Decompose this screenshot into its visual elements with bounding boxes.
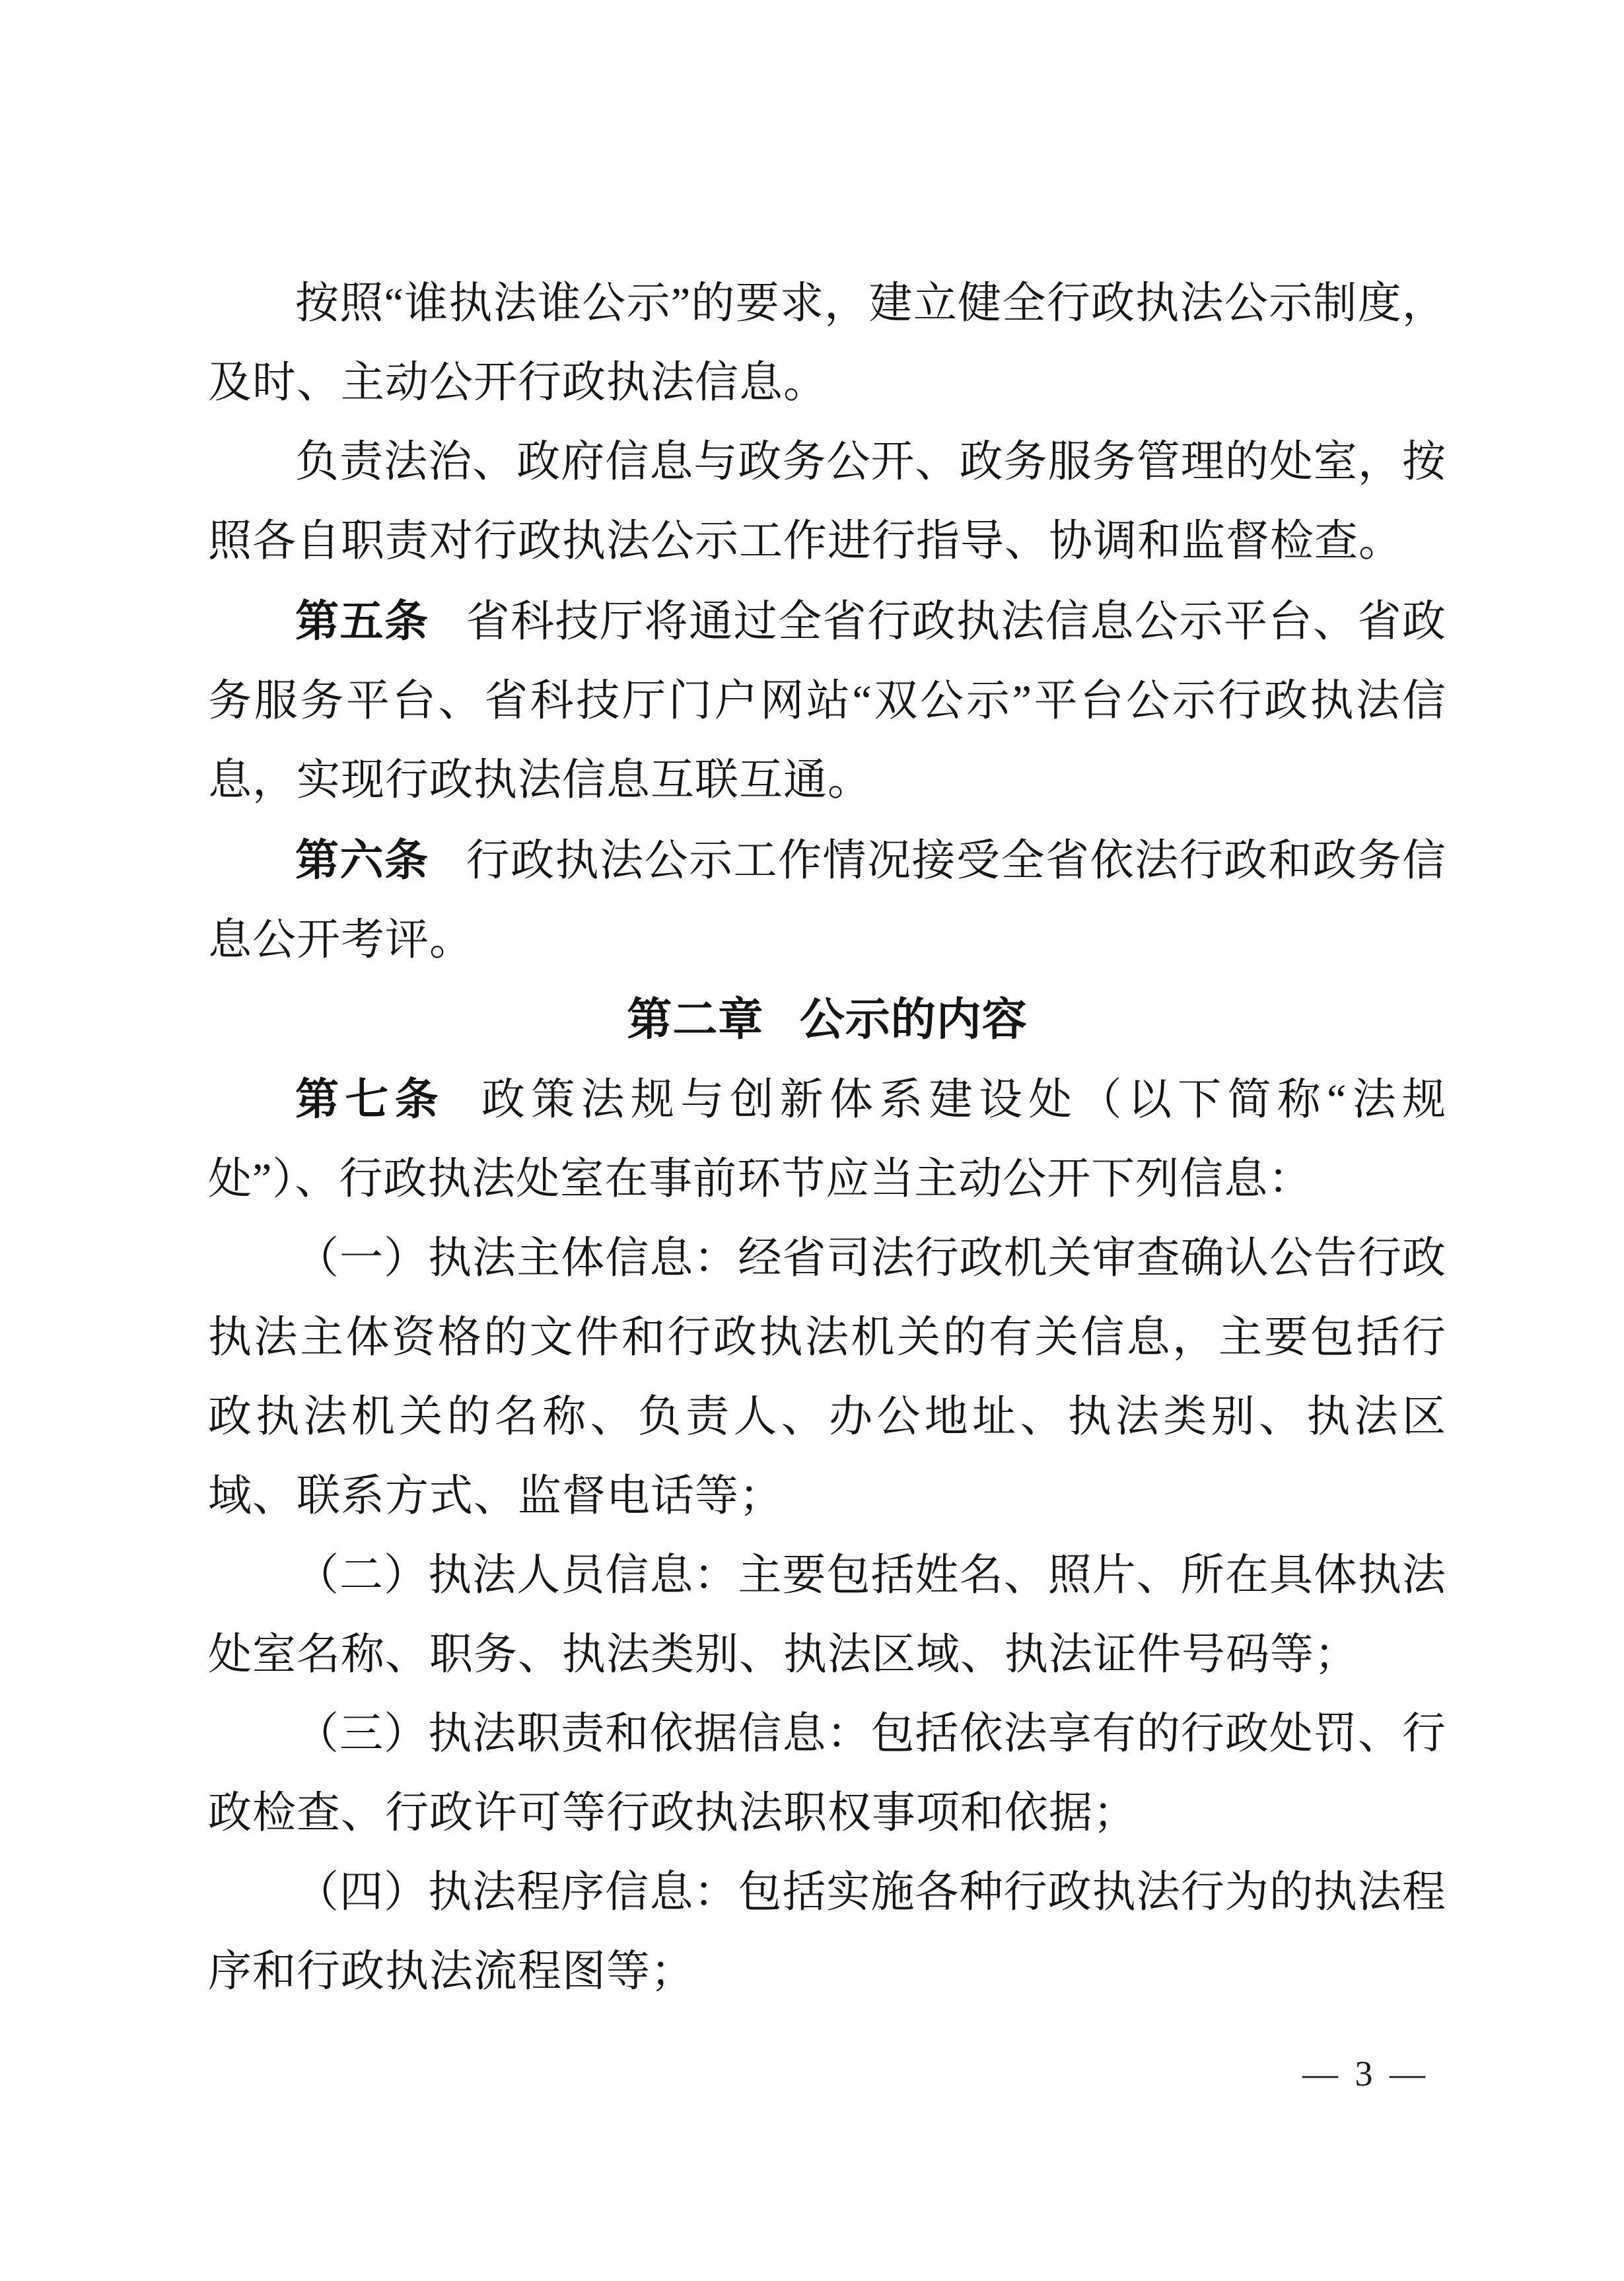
article-number: 第七条 (295, 1074, 444, 1123)
paragraph-2: 负责法治、政府信息与政务公开、政务服务管理的处室，按照各自职责对行政执法公示工作… (208, 423, 1446, 581)
paragraph-text: （二）执法人员信息：主要包括姓名、照片、所在具体执法处室名称、职务、执法类别、执… (208, 1551, 1446, 1679)
page-number: — 3 — (1302, 2051, 1429, 2097)
article-number: 第六条 (295, 835, 429, 884)
chapter-title: 公示的内容 (800, 995, 1028, 1045)
paragraph-6-item-1: （一）执法主体信息：经省司法行政机关审查确认公告行政执法主体资格的文件和行政执法… (208, 1219, 1446, 1536)
article-number: 第五条 (295, 596, 429, 645)
chapter-number: 第二章 (627, 995, 763, 1045)
paragraph-8-item-3: （三）执法职责和依据信息：包括依法享有的行政处罚、行政检查、行政许可等行政执法职… (208, 1695, 1446, 1853)
paragraph-9-item-4: （四）执法程序信息：包括实施各种行政执法行为的执法程序和行政执法流程图等； (208, 1853, 1446, 2012)
paragraph-text: （一）执法主体信息：经省司法行政机关审查确认公告行政执法主体资格的文件和行政执法… (208, 1234, 1446, 1520)
chapter-heading: 第二章公示的内容 (208, 980, 1446, 1059)
paragraph-text: （三）执法职责和依据信息：包括依法享有的行政处罚、行政检查、行政许可等行政执法职… (208, 1710, 1446, 1837)
paragraph-3-article-5: 第五条省科技厅将通过全省行政执法信息公示平台、省政务服务平台、省科技厅门户网站“… (208, 581, 1446, 820)
paragraph-text: 按照“谁执法谁公示”的要求，建立健全行政执法公示制度，及时、主动公开行政执法信息… (208, 279, 1446, 407)
paragraph-5-article-7: 第七条政策法规与创新体系建设处（以下简称“法规处”）、行政执法处室在事前环节应当… (208, 1059, 1446, 1219)
paragraph-text: 负责法治、政府信息与政务公开、政务服务管理的处室，按照各自职责对行政执法公示工作… (208, 438, 1446, 565)
document-body: 按照“谁执法谁公示”的要求，建立健全行政执法公示制度，及时、主动公开行政执法信息… (208, 264, 1446, 2012)
document-page: 按照“谁执法谁公示”的要求，建立健全行政执法公示制度，及时、主动公开行政执法信息… (0, 0, 1624, 2281)
paragraph-1: 按照“谁执法谁公示”的要求，建立健全行政执法公示制度，及时、主动公开行政执法信息… (208, 264, 1446, 423)
paragraph-4-article-6: 第六条行政执法公示工作情况接受全省依法行政和政务信息公开考评。 (208, 820, 1446, 980)
paragraph-text: （四）执法程序信息：包括实施各种行政执法行为的执法程序和行政执法流程图等； (208, 1868, 1446, 1996)
paragraph-7-item-2: （二）执法人员信息：主要包括姓名、照片、所在具体执法处室名称、职务、执法类别、执… (208, 1536, 1446, 1695)
